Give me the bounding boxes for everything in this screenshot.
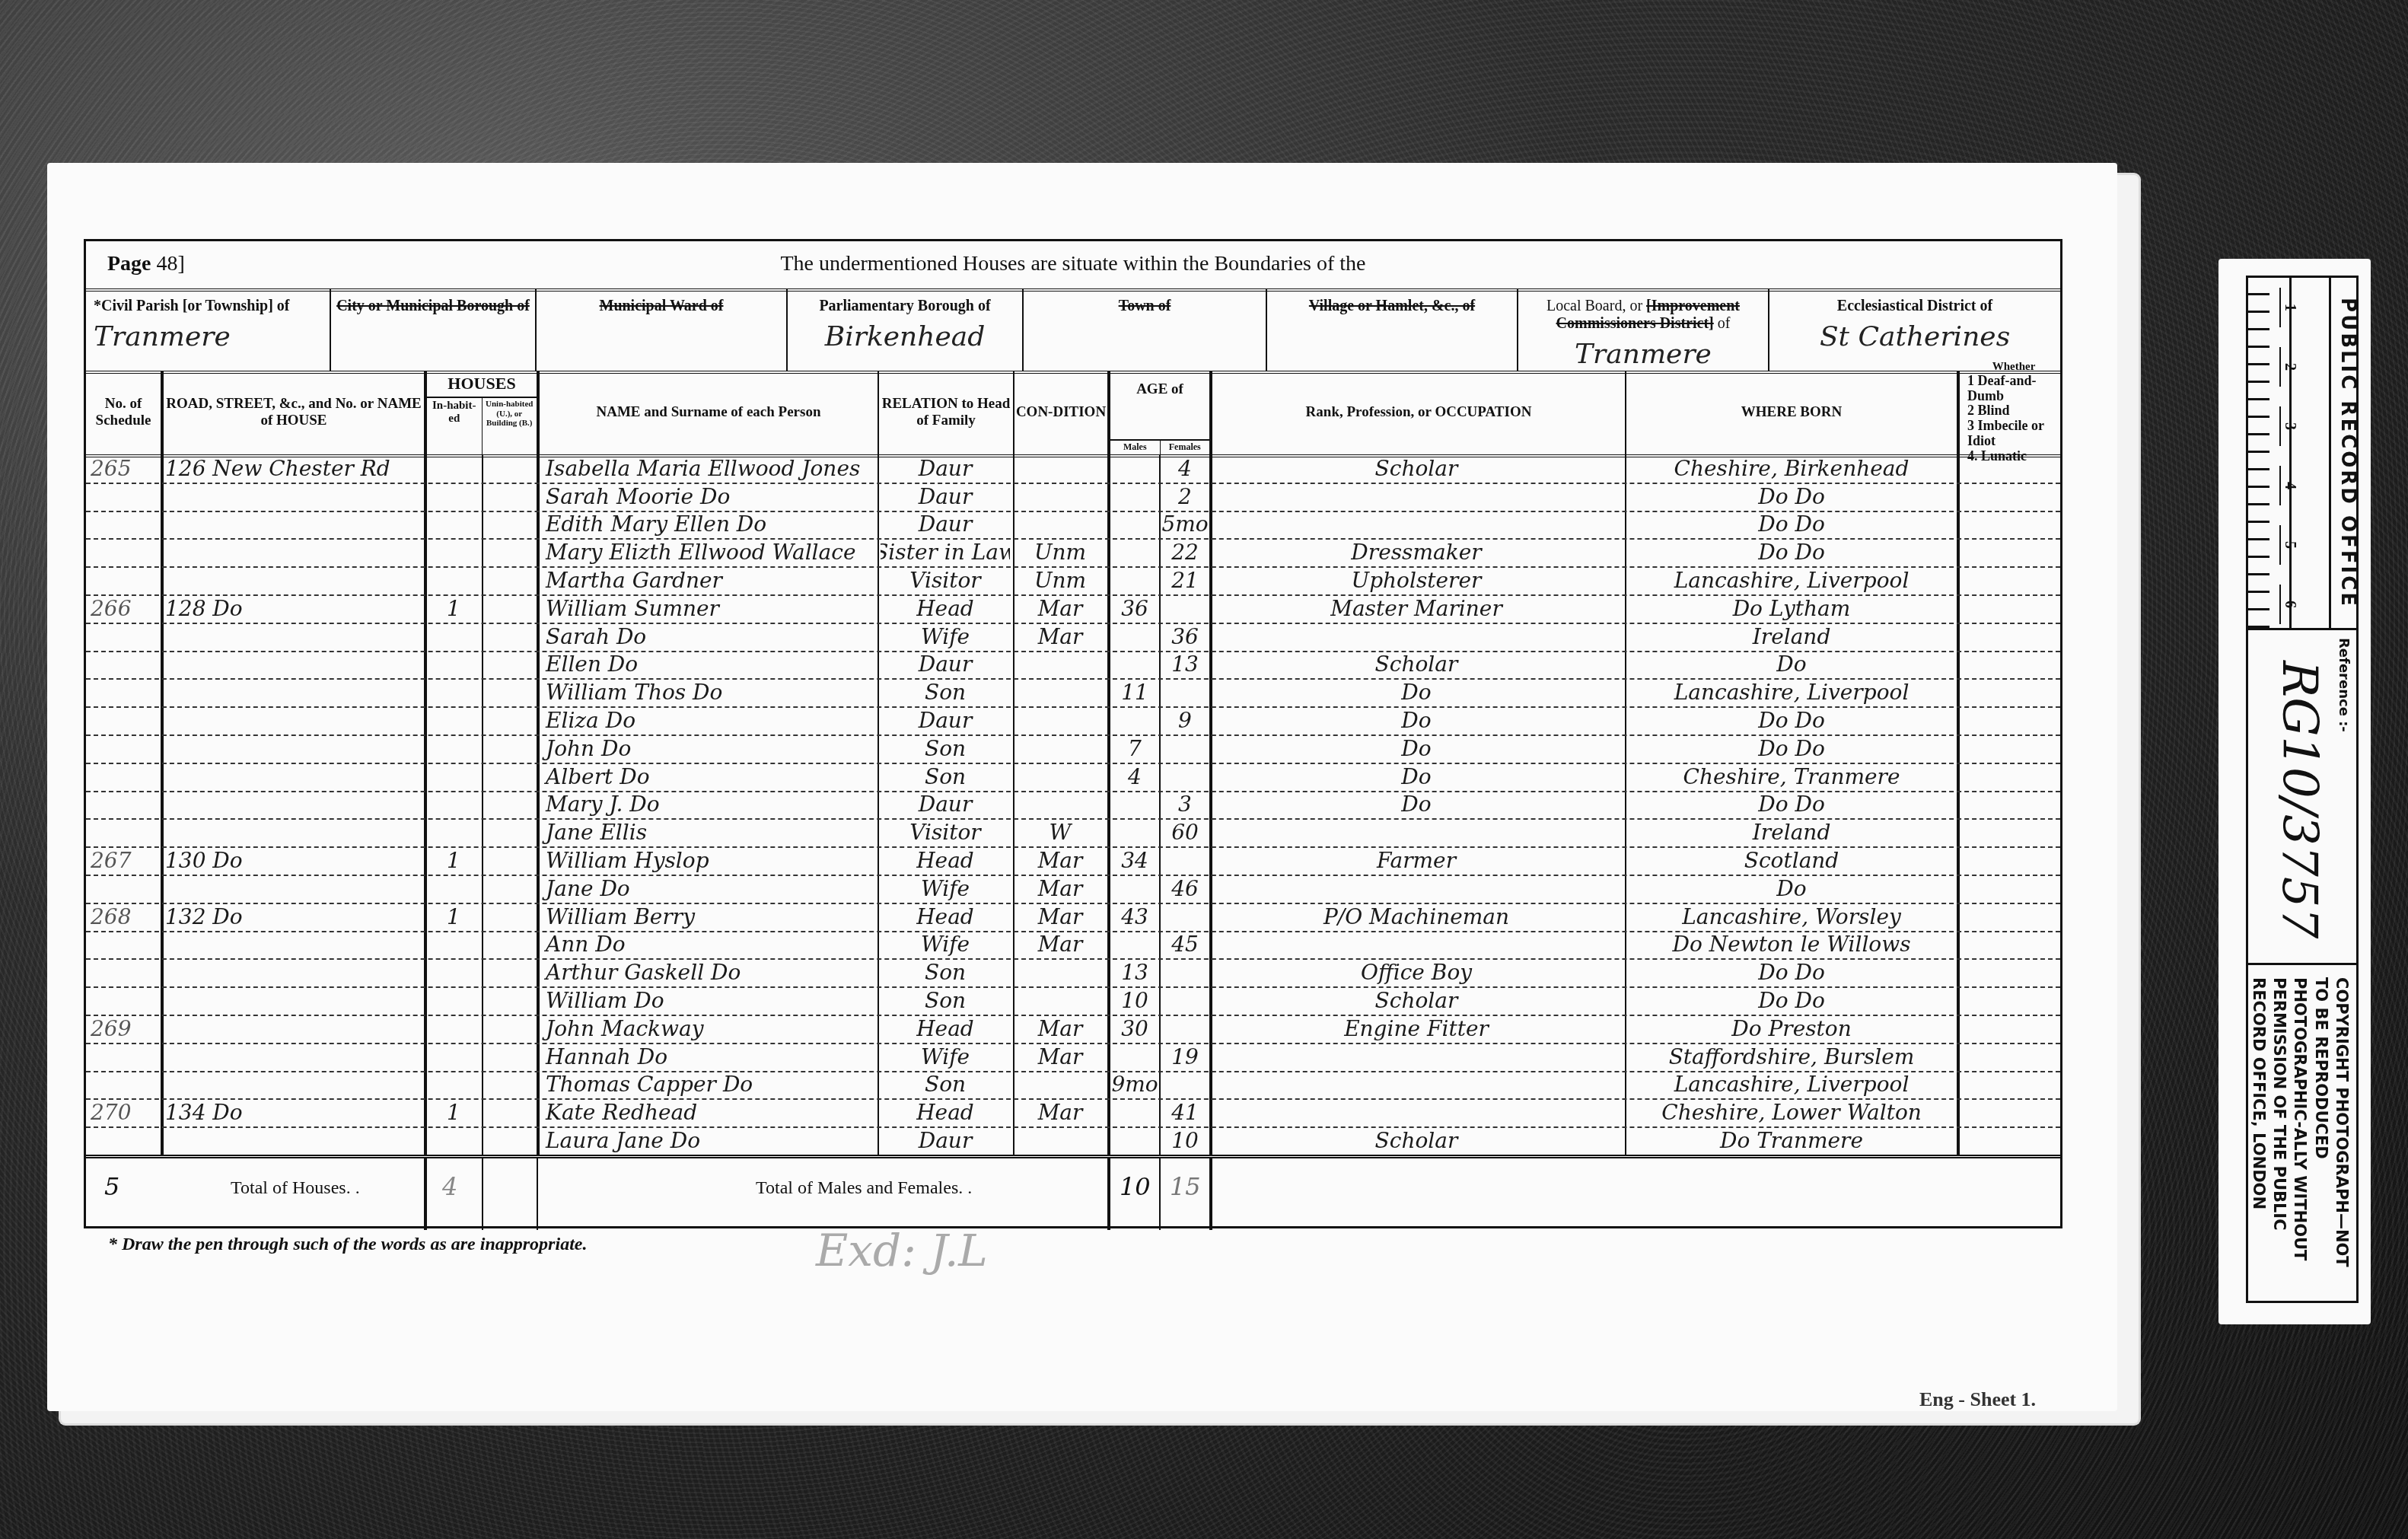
schedule-number [91,623,156,651]
relation-to-head: Head [881,846,1010,875]
male-age [1110,511,1159,539]
inhabited-count [427,1043,480,1071]
table-row: Sarah DoWifeMar36Ireland [86,623,2060,652]
table-row: Ann DoWifeMar45Do Newton le Willows [86,931,2060,961]
relation-to-head: Son [881,986,1010,1015]
person-name: Martha Gardner [540,566,874,594]
birthplace: Ireland [1628,818,1955,846]
road-address: 134 Do [165,1098,424,1126]
male-age: 4 [1110,763,1159,791]
occupation [1211,818,1622,846]
road-address [165,651,424,679]
schedule-number [91,875,156,903]
occupation [1211,1071,1622,1099]
inhabited-count [427,986,480,1015]
occupation: Scholar [1211,1126,1622,1155]
person-name: Arthur Gaskell Do [540,958,874,986]
schedule-number [91,566,156,594]
person-name: Jane Ellis [540,818,874,846]
occupation: Engine Fitter [1211,1015,1622,1043]
female-age [1162,1015,1208,1043]
road-address [165,958,424,986]
person-name: Hannah Do [540,1043,874,1071]
birthplace: Staffordshire, Burslem [1628,1043,1955,1071]
occupation: Do [1211,763,1622,791]
table-row: Laura Jane DoDaur10ScholarDo Tranmere [86,1126,2060,1156]
occupation: Upholsterer [1211,566,1622,594]
marital-condition [1014,791,1106,819]
person-name: Sarah Do [540,623,874,651]
public-record-office-label: 1 2 3 4 5 6 PUBLIC RECORD OFFICE Referen… [2218,259,2371,1324]
ecclesiastical-district-cell: Ecclesiastical District of St Catherines [1768,288,2060,371]
road-address [165,763,424,791]
municipal-ward-cell: Municipal Ward of [535,288,786,371]
marital-condition [1014,454,1106,483]
occupation [1211,1043,1622,1071]
table-row: 268132 Do1William BerryHeadMar43P/O Mach… [86,903,2060,932]
relation-to-head: Daur [881,651,1010,679]
relation-to-head: Son [881,958,1010,986]
census-form: Page 48] The undermentioned Houses are s… [84,239,2062,1228]
header-males: Males [1110,441,1160,454]
inhabited-count [427,791,480,819]
male-age [1110,931,1159,959]
reference-value: RG10/3757 [2271,661,2327,938]
occupation: Do [1211,791,1622,819]
table-row: Jane EllisVisitorW60Ireland [86,818,2060,848]
relation-to-head: Son [881,763,1010,791]
schedule-number [91,1126,156,1155]
birthplace: Do [1628,875,1955,903]
relation-to-head: Wife [881,931,1010,959]
road-address [165,566,424,594]
birthplace: Ireland [1628,623,1955,651]
female-age [1162,986,1208,1015]
relation-to-head: Sister in Law [881,538,1010,566]
female-age: 22 [1162,538,1208,566]
marital-condition: Mar [1014,903,1106,931]
table-row: Jane DoWifeMar46Do [86,875,2060,904]
male-age [1110,875,1159,903]
ecclesiastical-district-value: St Catherines [1769,321,2060,352]
road-address [165,511,424,539]
marital-condition: Mar [1014,875,1106,903]
relation-to-head: Son [881,734,1010,763]
inhabited-count: 1 [427,1098,480,1126]
relation-to-head: Son [881,678,1010,706]
marital-condition: Mar [1014,1015,1106,1043]
total-houses-value: 4 [442,1172,457,1201]
road-address: 126 New Chester Rd [165,454,424,483]
birthplace: Lancashire, Worsley [1628,903,1955,931]
header-inhabited: In-habit-ed [427,398,482,454]
reference-box: Reference :- RG10/3757 [2248,628,2356,965]
female-age [1162,1071,1208,1099]
occupation: Farmer [1211,846,1622,875]
marital-condition: Mar [1014,1098,1106,1126]
person-name: John Mackway [540,1015,874,1043]
road-address [165,1126,424,1155]
table-row: 269John MackwayHeadMar30Engine FitterDo … [86,1015,2060,1044]
person-name: Kate Redhead [540,1098,874,1126]
marital-condition [1014,511,1106,539]
inhabited-count [427,483,480,511]
inhabited-count [427,958,480,986]
inhabited-count [427,706,480,734]
male-age: 7 [1110,734,1159,763]
female-age: 13 [1162,651,1208,679]
inhabited-count [427,763,480,791]
marital-condition: Unm [1014,538,1106,566]
inhabited-count [427,734,480,763]
person-name: Thomas Capper Do [540,1071,874,1099]
schedules-count: 5 [104,1172,119,1201]
male-age [1110,706,1159,734]
occupation: Do [1211,678,1622,706]
relation-to-head: Wife [881,1043,1010,1071]
table-row: Arthur Gaskell DoSon13Office BoyDo Do [86,958,2060,988]
table-row: William DoSon10ScholarDo Do [86,986,2060,1016]
header-relation: RELATION to Head of Family [878,371,1013,454]
occupation: P/O Machineman [1211,903,1622,931]
road-address [165,678,424,706]
person-name: Sarah Moorie Do [540,483,874,511]
person-name: Ann Do [540,931,874,959]
total-houses-label: Total of Houses. . [231,1178,360,1199]
relation-to-head: Daur [881,791,1010,819]
table-row: 266128 Do1William SumnerHeadMar36Master … [86,594,2060,624]
footnote: * Draw the pen through such of the words… [108,1235,587,1255]
birthplace: Do Do [1628,483,1955,511]
birthplace: Lancashire, Liverpool [1628,678,1955,706]
inhabited-count [427,1126,480,1155]
census-entries: 265126 New Chester RdIsabella Maria Ellw… [86,454,2060,1155]
person-name: Edith Mary Ellen Do [540,511,874,539]
birthplace: Do Preston [1628,1015,1955,1043]
ruler-scale [2248,278,2292,628]
inhabited-count: 1 [427,846,480,875]
marital-condition [1014,958,1106,986]
person-name: William Berry [540,903,874,931]
occupation: Do [1211,734,1622,763]
road-address [165,791,424,819]
female-age [1162,594,1208,623]
road-address [165,1015,424,1043]
civil-parish-value: Tranmere [94,321,330,352]
occupation: Dressmaker [1211,538,1622,566]
female-age [1162,763,1208,791]
road-address [165,986,424,1015]
local-board-cell: Local Board, or [Improvement Commissione… [1517,288,1768,371]
header-females: Females [1160,441,1210,454]
marital-condition [1014,483,1106,511]
male-age: 9mo [1110,1071,1159,1099]
table-row: 265126 New Chester RdIsabella Maria Ellw… [86,454,2060,484]
relation-to-head: Visitor [881,566,1010,594]
boundaries-row: *Civil Parish [or Township] of Tranmere … [86,288,2060,374]
male-age [1110,566,1159,594]
schedule-number: 269 [91,1015,156,1043]
person-name: Ellen Do [540,651,874,679]
female-age: 9 [1162,706,1208,734]
schedule-number [91,931,156,959]
census-page: Page 48] The undermentioned Houses are s… [47,163,2117,1411]
copyright-notice: COPYRIGHT PHOTOGRAPH—NOT TO BE REPRODUCE… [2248,963,2356,1301]
table-row: 267130 Do1William HyslopHeadMar34FarmerS… [86,846,2060,876]
header-where-born: WHERE BORN [1625,371,1957,454]
schedule-number [91,651,156,679]
relation-to-head: Daur [881,706,1010,734]
road-address [165,818,424,846]
schedule-number [91,763,156,791]
female-age [1162,846,1208,875]
table-row: Sarah Moorie DoDaur2Do Do [86,483,2060,512]
header-road: ROAD, STREET, &c., and No. or NAME of HO… [161,371,424,454]
birthplace: Do Do [1628,958,1955,986]
birthplace: Do Do [1628,538,1955,566]
male-age: 43 [1110,903,1159,931]
birthplace: Do Lytham [1628,594,1955,623]
person-name: Mary Elizth Ellwood Wallace [540,538,874,566]
person-name: Laura Jane Do [540,1126,874,1155]
occupation [1211,1098,1622,1126]
male-age [1110,1043,1159,1071]
schedule-number [91,958,156,986]
schedule-number [91,791,156,819]
female-age: 46 [1162,875,1208,903]
road-address [165,734,424,763]
male-age [1110,623,1159,651]
marital-condition [1014,678,1106,706]
schedule-number [91,678,156,706]
schedule-number [91,1071,156,1099]
road-address [165,875,424,903]
examined-mark: Exd: J.L [816,1225,988,1276]
female-age: 10 [1162,1126,1208,1155]
male-age [1110,1126,1159,1155]
inhabited-count [427,651,480,679]
male-age [1110,483,1159,511]
female-age: 21 [1162,566,1208,594]
parliamentary-borough-value: Birkenhead [788,321,1022,352]
birthplace: Do Newton le Willows [1628,931,1955,959]
civil-parish-cell: *Civil Parish [or Township] of Tranmere [86,288,330,371]
marital-condition: W [1014,818,1106,846]
marital-condition: Mar [1014,1043,1106,1071]
relation-to-head: Wife [881,875,1010,903]
column-header-row: No. of Schedule ROAD, STREET, &c., and N… [86,371,2060,457]
schedule-number [91,818,156,846]
birthplace: Cheshire, Birkenhead [1628,454,1955,483]
birthplace: Do [1628,651,1955,679]
relation-to-head: Daur [881,454,1010,483]
marital-condition [1014,1126,1106,1155]
relation-to-head: Head [881,594,1010,623]
person-name: Eliza Do [540,706,874,734]
table-row: Edith Mary Ellen DoDaur5moDo Do [86,511,2060,540]
inhabited-count [427,511,480,539]
female-age [1162,678,1208,706]
marital-condition [1014,986,1106,1015]
marital-condition [1014,734,1106,763]
local-board-value: Tranmere [1518,339,1768,370]
table-row: Mary Elizth Ellwood WallaceSister in Law… [86,538,2060,568]
road-address [165,931,424,959]
schedule-number [91,511,156,539]
occupation [1211,511,1622,539]
total-persons-label: Total of Males and Females. . [756,1178,972,1199]
inhabited-count [427,875,480,903]
municipal-borough-cell: City or Municipal Borough of [330,288,535,371]
relation-to-head: Daur [881,483,1010,511]
header-occupation: Rank, Profession, or OCCUPATION [1209,371,1625,454]
reference-label: Reference :- [2336,638,2352,732]
female-age: 19 [1162,1043,1208,1071]
birthplace: Cheshire, Tranmere [1628,763,1955,791]
male-age: 10 [1110,986,1159,1015]
table-row: John DoSon7DoDo Do [86,734,2060,764]
female-age [1162,958,1208,986]
inhabited-count [427,1071,480,1099]
occupation [1211,931,1622,959]
birthplace: Do Do [1628,734,1955,763]
relation-to-head: Head [881,1098,1010,1126]
parliamentary-borough-cell: Parliamentary Borough of Birkenhead [786,288,1022,371]
marital-condition: Unm [1014,566,1106,594]
relation-to-head: Wife [881,623,1010,651]
ruler-numbers: 1 2 3 4 5 6 [2289,278,2331,628]
person-name: John Do [540,734,874,763]
relation-to-head: Visitor [881,818,1010,846]
person-name: William Sumner [540,594,874,623]
female-age: 3 [1162,791,1208,819]
header-houses: HOUSES In-habit-ed Unin-habited (U.), or… [424,371,537,454]
schedule-number: 268 [91,903,156,931]
inhabited-count [427,623,480,651]
female-age: 4 [1162,454,1208,483]
occupation: Scholar [1211,454,1622,483]
male-age: 11 [1110,678,1159,706]
marital-condition: Mar [1014,594,1106,623]
schedule-number: 266 [91,594,156,623]
occupation: Scholar [1211,986,1622,1015]
occupation [1211,483,1622,511]
female-age: 60 [1162,818,1208,846]
table-row: William Thos DoSon11DoLancashire, Liverp… [86,678,2060,708]
header-name: NAME and Surname of each Person [537,371,878,454]
table-row: 270134 Do1Kate RedheadHeadMar41Cheshire,… [86,1098,2060,1128]
marital-condition: Mar [1014,931,1106,959]
relation-to-head: Son [881,1071,1010,1099]
relation-to-head: Daur [881,1126,1010,1155]
marital-condition [1014,706,1106,734]
table-row: Mary J. DoDaur3DoDo Do [86,791,2060,820]
male-age [1110,818,1159,846]
male-age: 13 [1110,958,1159,986]
table-row: Eliza DoDaur9DoDo Do [86,706,2060,736]
inhabited-count [427,931,480,959]
birthplace: Lancashire, Liverpool [1628,1071,1955,1099]
occupation: Do [1211,706,1622,734]
schedule-number: 267 [91,846,156,875]
table-row: Ellen DoDaur13ScholarDo [86,651,2060,680]
birthplace: Do Do [1628,791,1955,819]
birthplace: Do Tranmere [1628,1126,1955,1155]
female-age: 45 [1162,931,1208,959]
road-address [165,623,424,651]
marital-condition [1014,1071,1106,1099]
inhabited-count [427,818,480,846]
marital-condition: Mar [1014,846,1106,875]
person-name: William Do [540,986,874,1015]
header-condition: CON-DITION [1013,371,1107,454]
inhabited-count: 1 [427,594,480,623]
relation-to-head: Head [881,903,1010,931]
person-name: Albert Do [540,763,874,791]
male-age [1110,1098,1159,1126]
male-age [1110,454,1159,483]
totals-row: 5 Total of Houses. . 4 Total of Males an… [86,1155,2060,1230]
title-row: Page 48] The undermentioned Houses are s… [86,241,2060,292]
birthplace: Do Do [1628,706,1955,734]
occupation [1211,623,1622,651]
schedule-number [91,734,156,763]
female-age [1162,903,1208,931]
header-schedule: No. of Schedule [86,371,161,454]
birthplace: Lancashire, Liverpool [1628,566,1955,594]
schedule-number [91,706,156,734]
male-age: 30 [1110,1015,1159,1043]
total-females-value: 15 [1170,1172,1201,1201]
marital-condition [1014,651,1106,679]
female-age: 36 [1162,623,1208,651]
table-row: Thomas Capper DoSon9moLancashire, Liverp… [86,1071,2060,1101]
person-name: William Thos Do [540,678,874,706]
marital-condition: Mar [1014,623,1106,651]
male-age [1110,538,1159,566]
road-address [165,706,424,734]
male-age [1110,651,1159,679]
table-row: Martha GardnerVisitorUnm21UpholstererLan… [86,566,2060,596]
occupation: Office Boy [1211,958,1622,986]
inhabited-count [427,1015,480,1043]
village-cell: Village or Hamlet, &c., of [1266,288,1517,371]
male-age: 34 [1110,846,1159,875]
inhabited-count [427,538,480,566]
person-name: Isabella Maria Ellwood Jones [540,454,874,483]
town-cell: Town of [1022,288,1266,371]
road-address: 132 Do [165,903,424,931]
occupation: Master Mariner [1211,594,1622,623]
schedule-number [91,538,156,566]
female-age: 5mo [1162,511,1208,539]
person-name: Jane Do [540,875,874,903]
birthplace: Do Do [1628,511,1955,539]
header-age: AGE of Males Females [1107,371,1209,454]
person-name: William Hyslop [540,846,874,875]
sheet-label: Eng - Sheet 1. [1919,1388,2036,1411]
female-age: 41 [1162,1098,1208,1126]
occupation: Scholar [1211,651,1622,679]
road-address [165,1043,424,1071]
road-address: 128 Do [165,594,424,623]
relation-to-head: Daur [881,511,1010,539]
road-address [165,538,424,566]
total-males-value: 10 [1120,1172,1151,1201]
birthplace: Scotland [1628,846,1955,875]
female-age: 2 [1162,483,1208,511]
road-address [165,1071,424,1099]
